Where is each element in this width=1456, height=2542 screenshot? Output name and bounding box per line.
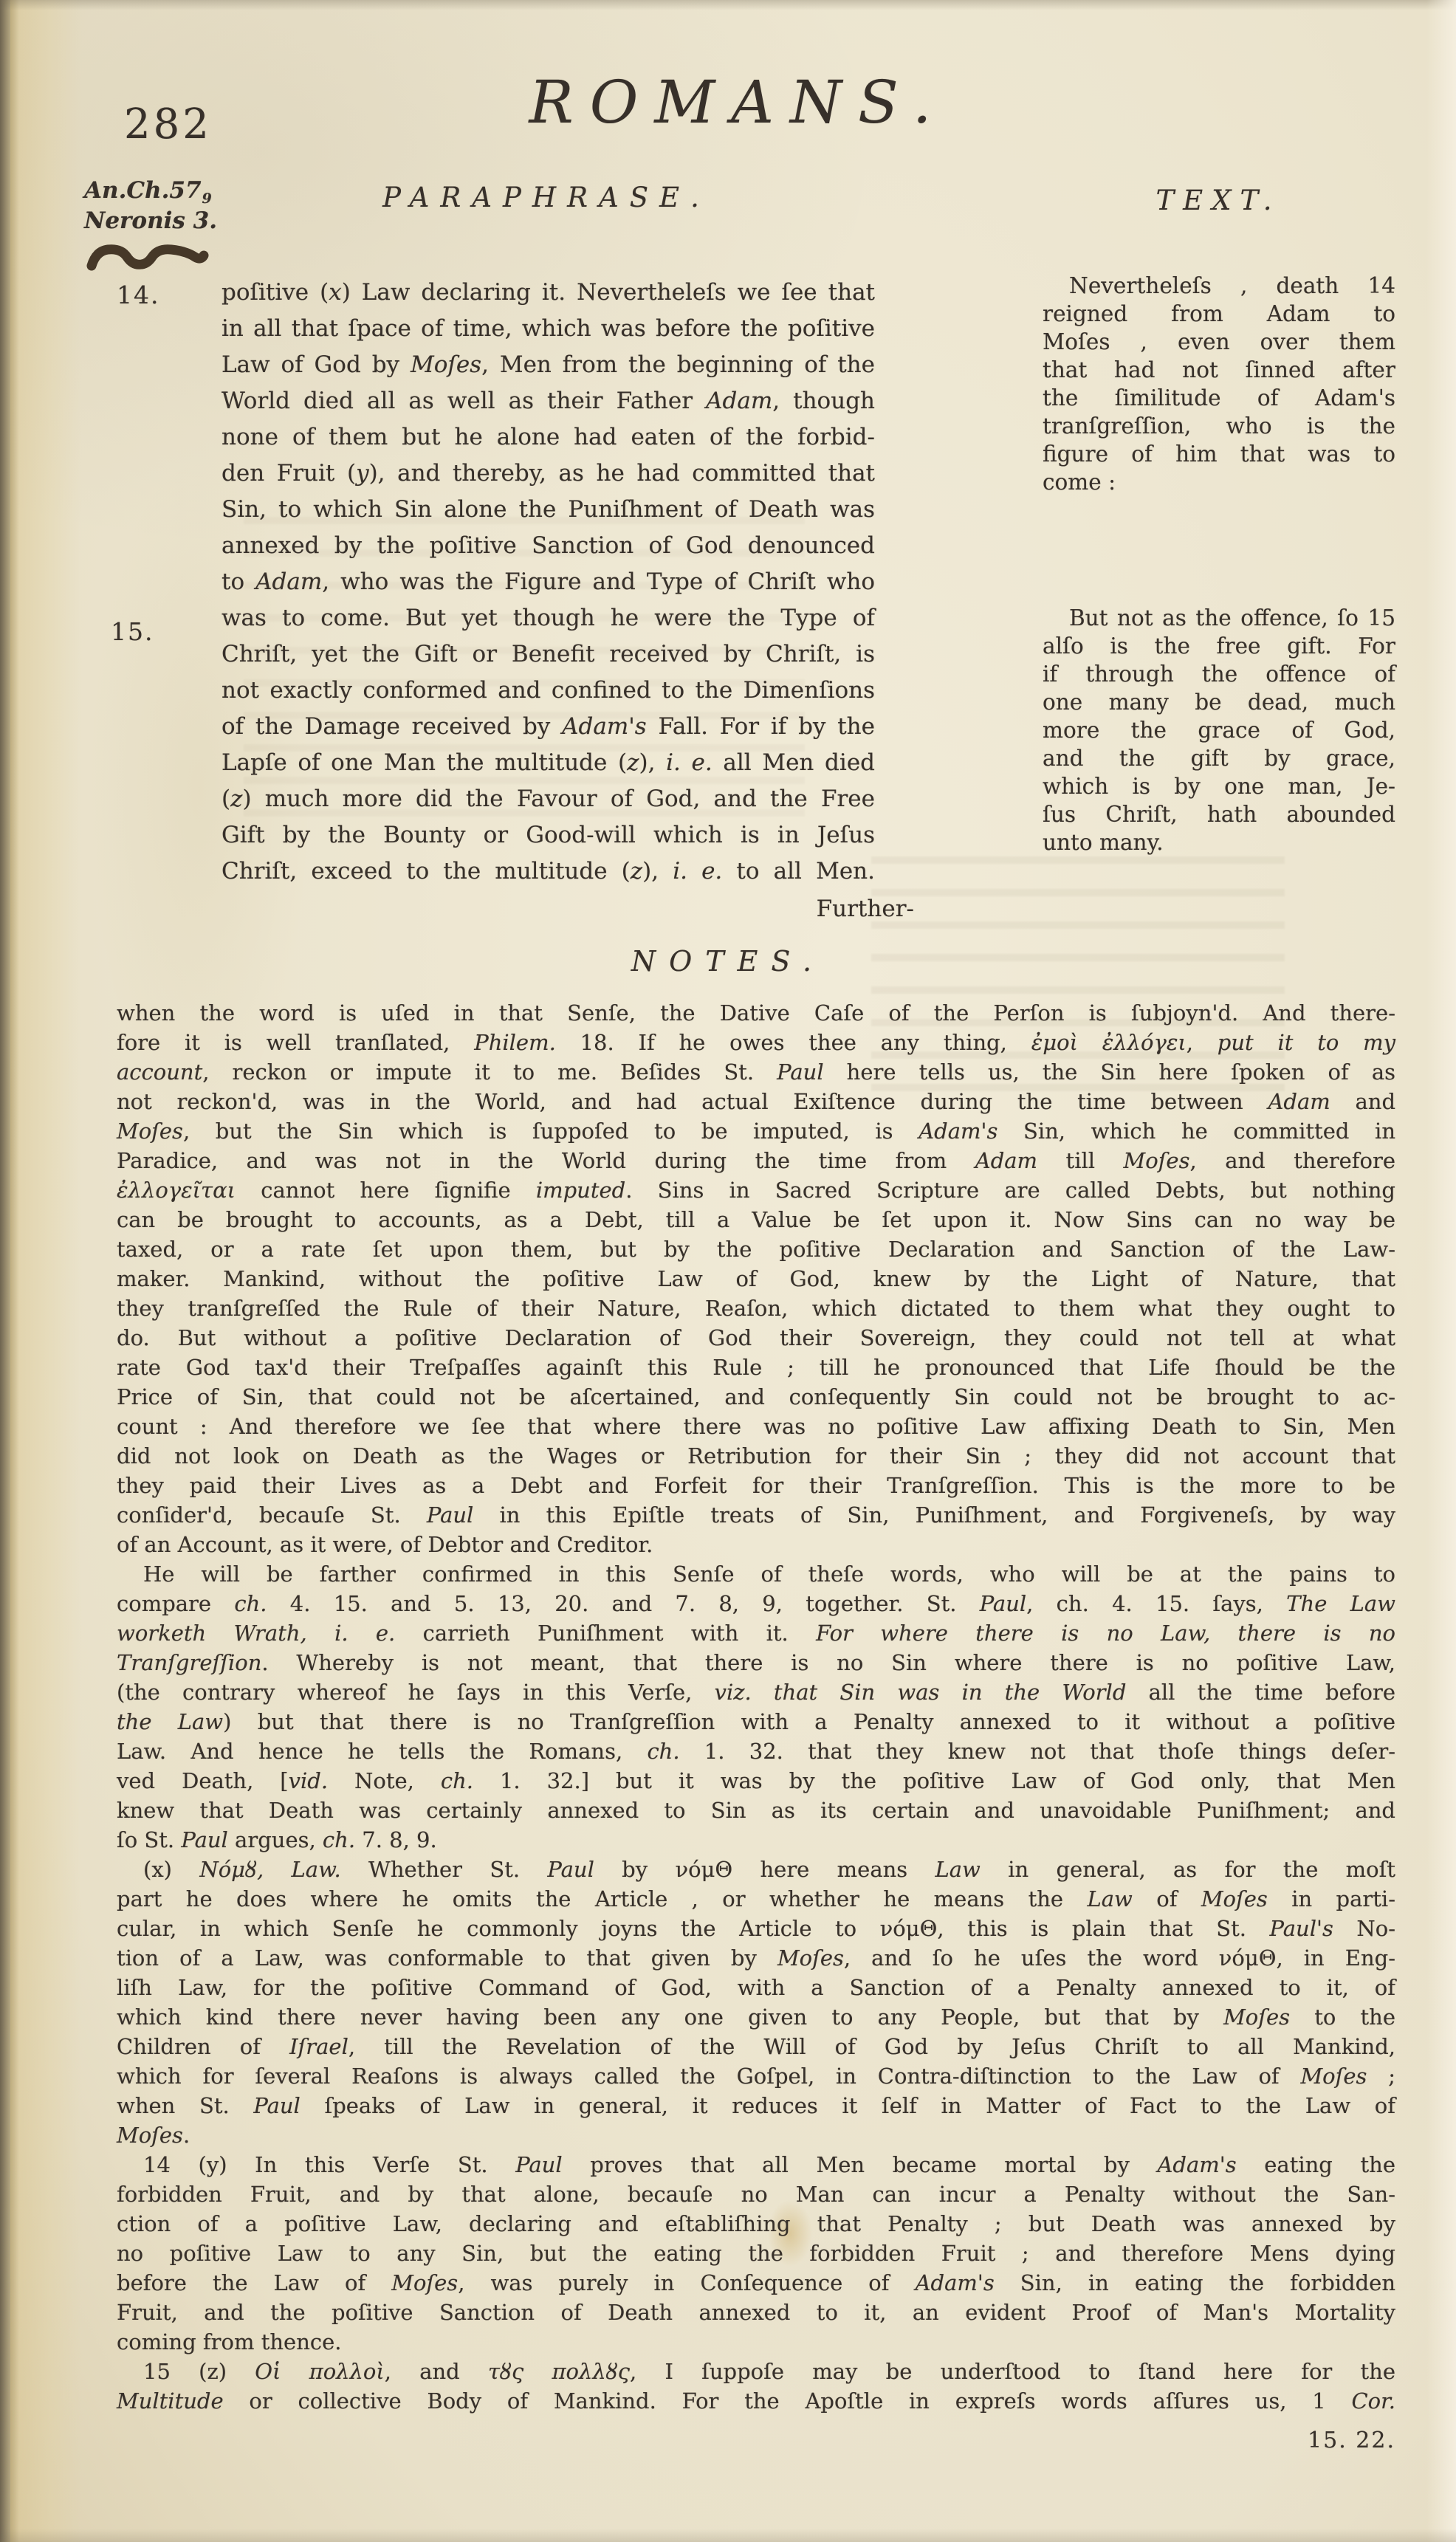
text-line: Fruit, and the poſitive Sanction of Deat… — [117, 2298, 1395, 2327]
text-line: annexed by the poſitive Sanction of God … — [222, 528, 875, 564]
text-line: Chriſt, yet the Gift or Benefit received… — [222, 636, 875, 673]
text-line: knew that Death was certainly annexed to… — [117, 1796, 1395, 1825]
text-line: But not as the offence, ſo 15 — [1043, 604, 1395, 632]
squiggle-ornament — [86, 235, 211, 284]
text-line: and the gift by grace, — [1043, 744, 1395, 772]
text-line: compare ch. 4. 15. and 5. 13, 20. and 7.… — [117, 1589, 1395, 1618]
page-edge-bottom — [0, 2529, 1456, 2542]
text-line: of an Account, as it were, of Debtor and… — [117, 1530, 1395, 1559]
text-line: of the Damage received by Adam's Fall. F… — [222, 709, 875, 745]
marginal-date-note: An.Ch.579 Neronis 3. — [84, 177, 217, 235]
text-line: forbidden Fruit, and by that alone, beca… — [117, 2179, 1395, 2209]
text-line: maker. Mankind, without the poſitive Law… — [117, 1264, 1395, 1294]
text-line: count : And therefore we ſee that where … — [117, 1412, 1395, 1441]
text-line: come : — [1043, 468, 1395, 496]
text-line: Tranſgreſſion. Whereby is not meant, tha… — [117, 1648, 1395, 1677]
text-line: which for ſeveral Reaſons is always call… — [117, 2061, 1395, 2091]
text-line: reigned from Adam to — [1043, 300, 1395, 328]
text-line: Lapſe of one Man the multitude (z), i. e… — [222, 745, 875, 781]
book-page-scan: 282 ROMANS. An.Ch.579 Neronis 3. PARAPHR… — [0, 0, 1456, 2542]
text-line: not reckon'd, was in the World, and had … — [117, 1087, 1395, 1116]
text-line: when the word is uſed in that Senſe, the… — [117, 998, 1395, 1028]
text-line: unto many. — [1043, 828, 1395, 856]
text-line: (the contrary whereof he ſays in this Ve… — [117, 1677, 1395, 1707]
text-line: World died all as well as their Father A… — [222, 383, 875, 419]
text-line: Multitude or collective Body of Mankind.… — [117, 2386, 1395, 2416]
catchword: Further- — [222, 896, 914, 922]
text-line: Sin, to which Sin alone the Puniſhment o… — [222, 492, 875, 528]
text-line: Paradice, and was not in the World durin… — [117, 1146, 1395, 1175]
text-line: Moſes. — [117, 2120, 1395, 2150]
running-title: ROMANS. — [458, 68, 1019, 137]
text-line: (z) much more did the Favour of God, and… — [222, 781, 875, 817]
margin-note-line1: An.Ch.579 — [84, 177, 217, 207]
text-line: tion of a Law, was conformable to that g… — [117, 1943, 1395, 1973]
page-number: 282 — [124, 100, 212, 148]
text-line: none of them but he alone had eaten of t… — [222, 419, 875, 456]
text-line: fore it is well tranſlated, Philem. 18. … — [117, 1028, 1395, 1057]
text-line: taxed, or a rate ſet upon them, but by t… — [117, 1234, 1395, 1264]
text-line: to Adam, who was the Figure and Type of … — [222, 564, 875, 600]
text-line: not exactly conformed and confined to th… — [222, 673, 875, 709]
text-verse-14: Nevertheleſs , death 14reigned from Adam… — [1043, 272, 1395, 496]
verse-marker-15: 15. — [111, 617, 154, 646]
text-line: Moſes , even over them — [1043, 328, 1395, 356]
verse-marker-14: 14. — [117, 281, 159, 309]
text-line: one many be dead, much — [1043, 688, 1395, 716]
text-line: no poſitive Law to any Sin, but the eati… — [117, 2239, 1395, 2268]
text-line: 14 (y) In this Verſe St. Paul proves tha… — [117, 2150, 1395, 2179]
text-line: Price of Sin, that could not be aſcertai… — [117, 1382, 1395, 1412]
text-line: figure of him that was to — [1043, 440, 1395, 468]
text-line: ſus Chriſt, hath abounded — [1043, 800, 1395, 828]
text-line: He will be farther confirmed in this Sen… — [117, 1559, 1395, 1589]
notes-heading: NOTES. — [0, 945, 1456, 978]
text-line: can be brought to accounts, as a Debt, t… — [117, 1205, 1395, 1234]
text-line: account, reckon or impute it to me. Beſi… — [117, 1057, 1395, 1087]
text-line: Law of God by Moſes, Men from the beginn… — [222, 347, 875, 383]
text-line: part he does where he omits the Article … — [117, 1884, 1395, 1914]
text-line: conſider'd, becauſe St. Paul in this Epi… — [117, 1500, 1395, 1530]
text-line: ction of a poſitive Law, declaring and e… — [117, 2209, 1395, 2239]
text-line: rate God tax'd their Treſpaſſes againſt … — [117, 1353, 1395, 1382]
page-edge-top — [0, 0, 1456, 10]
text-line: the Law) but that there is no Tranſgreſſ… — [117, 1707, 1395, 1737]
text-line: did not look on Death as the Wages or Re… — [117, 1441, 1395, 1471]
text-line: Children of Iſrael, till the Revelation … — [117, 2032, 1395, 2061]
text-line: do. But without a poſitive Declaration o… — [117, 1323, 1395, 1353]
text-line: that had not ſinned after — [1043, 356, 1395, 384]
text-line: cular, in which Senſe he commonly joyns … — [117, 1914, 1395, 1943]
page-edge-gold-strip — [10, 0, 81, 2542]
text-line: worketh Wrath, i. e. carrieth Puniſhment… — [117, 1618, 1395, 1648]
text-line: poſitive (x) Law declaring it. Neverthel… — [222, 275, 875, 311]
text-line: 15 (z) Οἱ πολλοὶ, and τȣς πολλȣς, I ſupp… — [117, 2357, 1395, 2386]
scripture-text-column: Nevertheleſs , death 14reigned from Adam… — [1043, 272, 1395, 856]
text-line: liſh Law, for the poſitive Command of Go… — [117, 1973, 1395, 2002]
margin-note-flourish: 9 — [202, 190, 212, 207]
text-line: ſo St. Paul argues, ch. 7. 8, 9. — [117, 1825, 1395, 1855]
text-line: ἐλλογεῖται cannot here ſignifie imputed.… — [117, 1175, 1395, 1205]
text-line: they tranſgreſſed the Rule of their Natu… — [117, 1294, 1395, 1323]
text-line: the ſimilitude of Adam's — [1043, 384, 1395, 412]
text-line: Nevertheleſs , death 14 — [1043, 272, 1395, 300]
page-edge-right — [1426, 0, 1456, 2542]
text-line: coming from thence. — [117, 2327, 1395, 2357]
text-line: before the Law of Moſes, was purely in C… — [117, 2268, 1395, 2298]
text-column-heading: TEXT. — [1119, 185, 1318, 216]
text-line: in all that ſpace of time, which was bef… — [222, 311, 875, 347]
text-verse-15: But not as the offence, ſo 15alſo is the… — [1043, 604, 1395, 856]
text-line: Chriſt, exceed to the multitude (z), i. … — [222, 853, 875, 890]
paraphrase-column: poſitive (x) Law declaring it. Neverthel… — [222, 275, 875, 890]
text-line: they paid their Lives as a Debt and Forf… — [117, 1471, 1395, 1500]
paraphrase-column-heading: PARAPHRASE. — [317, 182, 775, 213]
margin-note-line2: Neronis 3. — [84, 207, 217, 235]
text-line: when St. Paul ſpeaks of Law in general, … — [117, 2091, 1395, 2120]
text-line: den Fruit (y), and thereby, as he had co… — [222, 456, 875, 492]
text-line: Law. And hence he tells the Romans, ch. … — [117, 1737, 1395, 1766]
text-line: which kind there never having been any o… — [117, 2002, 1395, 2032]
notes-section: when the word is uſed in that Senſe, the… — [117, 998, 1395, 2416]
text-line: Gift by the Bounty or Good-will which is… — [222, 817, 875, 853]
text-line: (x) Νόμȣ, Law. Whether St. Paul by νόμΘ … — [117, 1855, 1395, 1884]
text-line: if through the offence of — [1043, 660, 1395, 688]
text-line: ved Death, [vid. Note, ch. 1. 32.] but i… — [117, 1766, 1395, 1796]
text-line: which is by one man, Je- — [1043, 772, 1395, 800]
text-line: Moſes, but the Sin which is ſuppoſed to … — [117, 1116, 1395, 1146]
text-line: was to come. But yet though he were the … — [222, 600, 875, 636]
text-line: tranſgreſſion, who is the — [1043, 412, 1395, 440]
text-line: alſo is the free gift. For — [1043, 632, 1395, 660]
scripture-reference-catchword: 15. 22. — [117, 2428, 1395, 2453]
text-line: more the grace of God, — [1043, 716, 1395, 744]
